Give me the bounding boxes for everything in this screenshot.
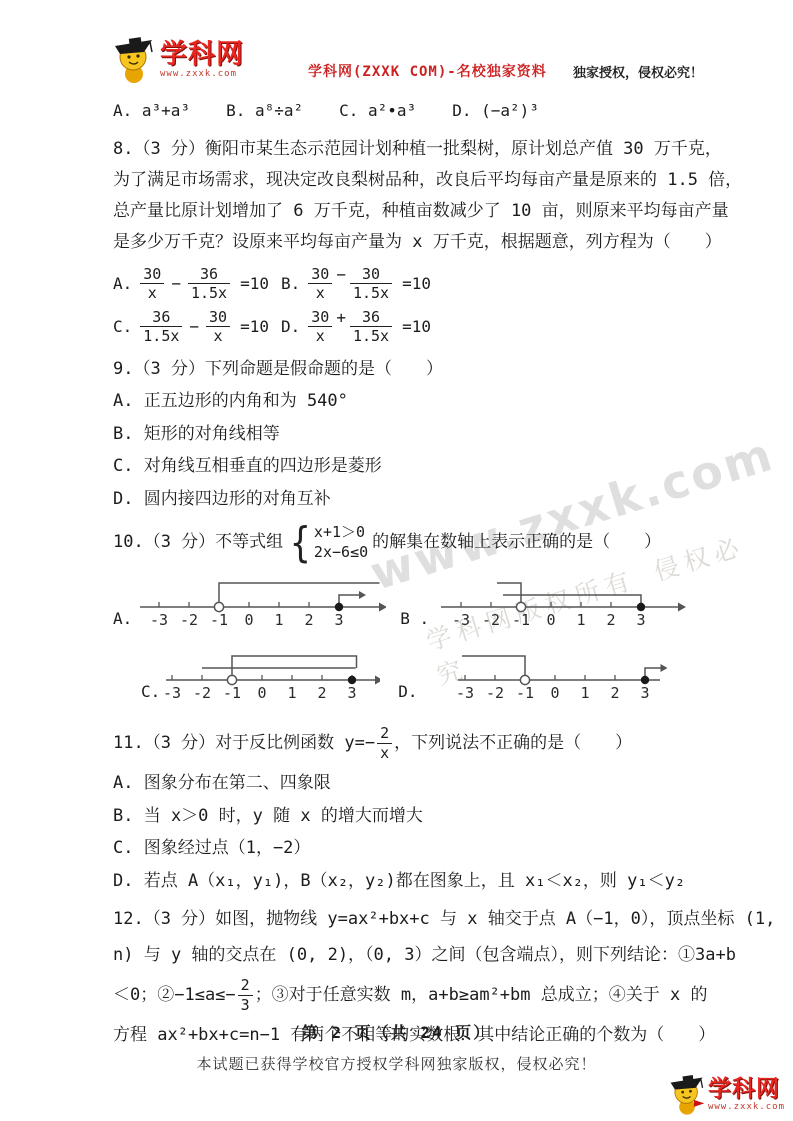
q11-option-d: D. 若点 A（x₁，y₁)，B（x₂，y₂)都在图象上，且 x₁＜x₂，则 y…: [113, 865, 688, 898]
question-11-stem: 11.（3 分）对于反比例函数 y=− 2x ，下列说法不正确的是（ ）: [113, 719, 688, 767]
q8-option-d: D. 30x + 361.5x =10: [281, 309, 431, 345]
svg-text:-1: -1: [512, 611, 530, 629]
q9-option-a: A. 正五边形的内角和为 540°: [113, 385, 688, 418]
q8-option-a: A. 30x − 361.5x =10: [113, 266, 281, 302]
q12-line-2: n) 与 y 轴的交点在 (0, 2)，（0, 3）之间（包含端点），则下列结论…: [113, 937, 688, 973]
logo-url: www.zxxk.com: [160, 70, 244, 79]
q8-option-c: C. 361.5x − 30x =10: [113, 309, 281, 345]
q7-option-c: C. a²•a³: [339, 95, 416, 126]
q8-option-b: B. 30x − 301.5x =10: [281, 266, 431, 302]
numberline-a-graphic: -3-2-10123: [134, 569, 386, 640]
svg-text:-2: -2: [486, 684, 504, 702]
svg-text:0: 0: [245, 611, 254, 629]
svg-text:-1: -1: [516, 684, 534, 702]
logo-name: 学科网: [160, 41, 244, 68]
q8-line-3: 总产量比原计划增加了 6 万千克，种植亩数减少了 10 亩，则原来平均每亩产量: [113, 196, 688, 227]
exam-content: A. a³+a³ B. a⁸÷a² C. a²•a³ D. (−a²)³ 8.（…: [113, 95, 688, 1053]
svg-text:2: 2: [305, 611, 314, 629]
header-rights-notice: 独家授权，侵权必究！: [573, 62, 703, 81]
q10-inequality-bottom: 2x−6≤0: [314, 542, 368, 562]
mascot-icon: [112, 30, 156, 90]
svg-text:-2: -2: [193, 684, 211, 702]
q11-option-c: C. 图象经过点（1，−2）: [113, 832, 688, 865]
q7-option-d: D. (−a²)³: [452, 95, 539, 126]
q12-line-3-pre: ＜0；②−1≤a≤−: [113, 977, 236, 1013]
logo-name: 学科网: [708, 1078, 785, 1101]
q9-option-d: D. 圆内接四边形的对角互补: [113, 483, 688, 516]
q11-fraction: 2x: [377, 725, 392, 761]
q10-stem-post: 的解集在数轴上表示正确的是（ ）: [372, 527, 661, 558]
svg-text:0: 0: [550, 684, 559, 702]
svg-text:3: 3: [637, 611, 646, 629]
exam-paper-page: www.zxxk.com 学科网版权所有 侵权必究 学科网 www.zxxk.c…: [0, 0, 793, 1121]
q7-option-b: B. a⁸÷a²: [226, 95, 303, 126]
q8-line-2: 为了满足市场需求，现决定改良梨树品种，改良后平均每亩产量是原来的 1.5 倍，: [113, 165, 688, 196]
header-banner-text: 学科网(ZXXK COM)-名校独家资料: [308, 61, 547, 81]
q11-stem-pre: 11.（3 分）对于反比例函数 y=−: [113, 728, 375, 759]
q9-option-b: B. 矩形的对角线相等: [113, 418, 688, 451]
numberline-c-graphic: -3-2-10123: [162, 642, 380, 713]
mascot-icon: [668, 1068, 706, 1121]
q12-fraction: 23: [238, 977, 253, 1013]
question-8-options: A. 30x − 361.5x =10 B. 30x − 301.5x =10 …: [113, 262, 688, 348]
q10-stem-pre: 10.（3 分）不等式组: [113, 527, 283, 558]
svg-text:2: 2: [318, 684, 327, 702]
svg-text:2: 2: [610, 684, 619, 702]
svg-text:-1: -1: [210, 611, 228, 629]
svg-text:-3: -3: [452, 611, 470, 629]
footer-logo: 学科网 www.zxxk.com: [668, 1068, 785, 1121]
svg-text:0: 0: [258, 684, 267, 702]
q10-numberline-b: B . -3-2-10123: [400, 569, 686, 640]
q10-inequality-top: x+1＞0: [314, 522, 368, 542]
q11-option-b: B. 当 x＞0 时，y 随 x 的增大而增大: [113, 800, 688, 833]
q7-options-line: A. a³+a³ B. a⁸÷a² C. a²•a³ D. (−a²)³: [113, 95, 688, 126]
svg-text:3: 3: [335, 611, 344, 629]
page-number: 第 2 页（共 24 页）: [0, 1020, 793, 1043]
svg-text:-3: -3: [456, 684, 474, 702]
q12-line-1: 12.（3 分）如图，抛物线 y=ax²+bx+c 与 x 轴交于点 A（−1，…: [113, 901, 688, 937]
svg-text:0: 0: [547, 611, 556, 629]
svg-text:-3: -3: [163, 684, 181, 702]
svg-text:-1: -1: [223, 684, 241, 702]
curly-brace: {: [290, 527, 311, 558]
svg-text:1: 1: [275, 611, 284, 629]
q8-line-4: 是多少万千克？设原来平均每亩产量为 x 万千克，根据题意，列方程为（ ）: [113, 227, 688, 258]
q10-numberline-a: A. -3-2-10123: [113, 569, 386, 640]
q11-option-a: A. 图象分布在第二、四象限: [113, 767, 688, 800]
numberline-b-graphic: -3-2-10123: [431, 569, 686, 640]
site-logo: 学科网 www.zxxk.com: [112, 30, 244, 90]
numberline-d-graphic: -3-2-10123: [420, 642, 692, 713]
question-11-options: A. 图象分布在第二、四象限 B. 当 x＞0 时，y 随 x 的增大而增大 C…: [113, 767, 688, 897]
question-9-options: A. 正五边形的内角和为 540° B. 矩形的对角线相等 C. 对角线互相垂直…: [113, 385, 688, 515]
q10-numberline-d: D. -3-2-10123: [398, 642, 691, 713]
svg-text:1: 1: [580, 684, 589, 702]
q8-line-1: 8.（3 分）衡阳市某生态示范园计划种植一批梨树，原计划总产值 30 万千克，: [113, 134, 688, 165]
q12-line-3: ＜0；②−1≤a≤− 23 ；③对于任意实数 m，a+b≥am²+bm 总成立；…: [113, 973, 688, 1017]
svg-text:-2: -2: [482, 611, 500, 629]
svg-text:3: 3: [348, 684, 357, 702]
question-10-stem: 10.（3 分）不等式组 { x+1＞0 2x−6≤0 的解集在数轴上表示正确的…: [113, 517, 688, 567]
svg-text:1: 1: [288, 684, 297, 702]
question-8-stem: 8.（3 分）衡阳市某生态示范园计划种植一批梨树，原计划总产值 30 万千克， …: [113, 134, 688, 258]
q11-stem-post: ，下列说法不正确的是（ ）: [394, 728, 632, 759]
q10-numberline-row-2: C. -3-2-10123 D. -3-2-10123: [141, 642, 688, 713]
q7-option-a: A. a³+a³: [113, 95, 190, 126]
svg-text:2: 2: [607, 611, 616, 629]
q10-inequality-system: { x+1＞0 2x−6≤0: [287, 522, 368, 562]
q12-line-3-post: ；③对于任意实数 m，a+b≥am²+bm 总成立；④关于 x 的: [255, 977, 708, 1013]
svg-text:-3: -3: [150, 611, 168, 629]
svg-text:-2: -2: [180, 611, 198, 629]
question-9-stem: 9.（3 分）下列命题是假命题的是（ ）: [113, 354, 688, 385]
q10-numberline-row-1: A. -3-2-10123 B . -3-2-10123: [113, 569, 688, 640]
svg-text:1: 1: [577, 611, 586, 629]
q10-numberline-c: C. -3-2-10123: [141, 642, 380, 713]
logo-url: www.zxxk.com: [708, 1103, 785, 1112]
svg-text:3: 3: [640, 684, 649, 702]
q9-option-c: C. 对角线互相垂直的四边形是菱形: [113, 450, 688, 483]
